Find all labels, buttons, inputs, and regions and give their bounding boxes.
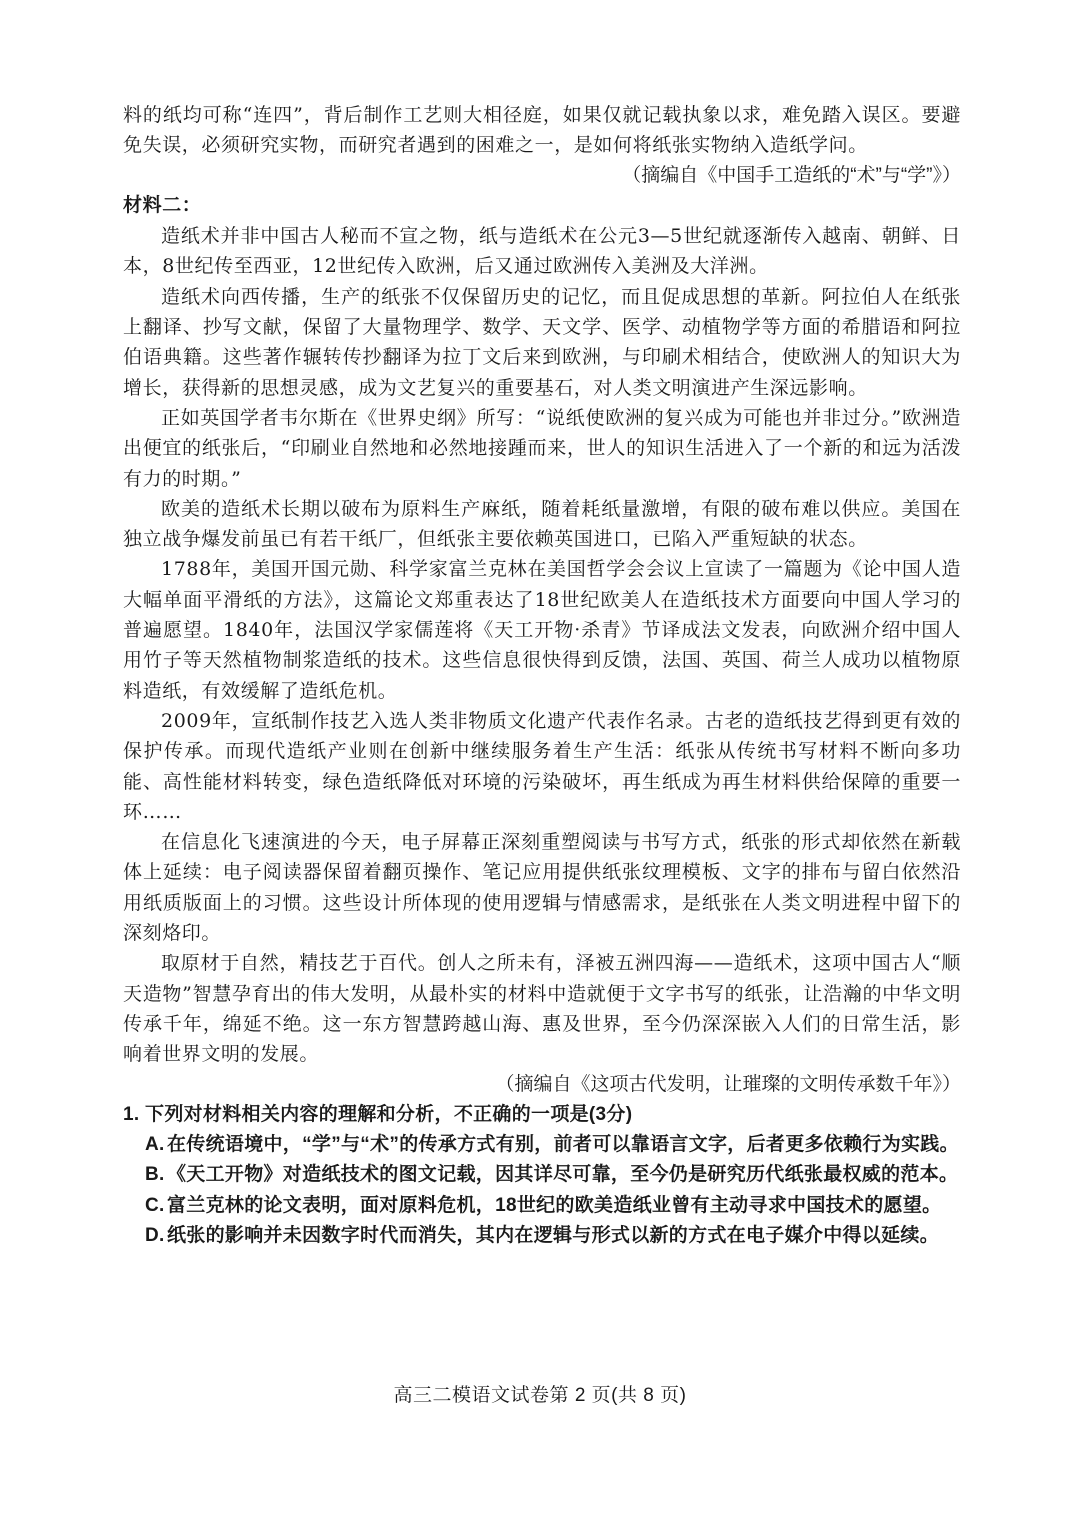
option-key: D. (145, 1221, 167, 1251)
question-1-option-b: B. 《天工开物》对造纸技术的图文记载，因其详尽可靠，至今仍是研究历代纸张最权威… (145, 1160, 961, 1190)
material-two-paragraph: 在信息化飞速演进的今天，电子屏幕正深刻重塑阅读与书写方式，纸张的形式却依然在新载… (123, 827, 961, 948)
option-text: 富兰克林的论文表明，面对原料危机，18世纪的欧美造纸业曾有主动寻求中国技术的愿望… (167, 1191, 961, 1221)
option-key: B. (145, 1160, 167, 1190)
option-text: 纸张的影响并未因数字时代而消失，其内在逻辑与形式以新的方式在电子媒介中得以延续。 (167, 1221, 961, 1251)
material-two-paragraph: 欧美的造纸术长期以破布为原料生产麻纸，随着耗纸量激增，有限的破布难以供应。美国在… (123, 494, 961, 555)
option-key: A. (145, 1130, 167, 1160)
material-two-paragraph: 正如英国学者韦尔斯在《世界史纲》所写：“说纸使欧洲的复兴成为可能也并非过分。”欧… (123, 403, 961, 494)
option-text: 在传统语境中，“学”与“术”的传承方式有别，前者可以靠语言文字，后者更多依赖行为… (167, 1130, 961, 1160)
question-1-option-d: D. 纸张的影响并未因数字时代而消失，其内在逻辑与形式以新的方式在电子媒介中得以… (145, 1221, 961, 1251)
material-one-tail-paragraph: 料的纸均可称“连四”，背后制作工艺则大相径庭，如果仅就记载执象以求，难免踏入误区… (123, 100, 961, 161)
page-footer: 高三二模语文试卷第 2 页(共 8 页) (0, 1380, 1080, 1407)
material-two-source: （摘编自《这项古代发明，让璀璨的文明传承数千年》） (123, 1070, 961, 1100)
material-two-paragraph: 造纸术并非中国古人秘而不宣之物，纸与造纸术在公元3—5世纪就逐渐传入越南、朝鲜、… (123, 221, 961, 282)
material-two-paragraph: 取原材于自然，精技艺于百代。创人之所未有，泽被五洲四海——造纸术，这项中国古人“… (123, 948, 961, 1069)
question-1-stem: 1. 下列对材料相关内容的理解和分析，不正确的一项是(3分) (123, 1100, 961, 1130)
material-two-paragraph: 2009年，宣纸制作技艺入选人类非物质文化遗产代表作名录。古老的造纸技艺得到更有… (123, 706, 961, 827)
exam-page: 料的纸均可称“连四”，背后制作工艺则大相径庭，如果仅就记载执象以求，难免踏入误区… (123, 100, 961, 1251)
question-1-option-c: C. 富兰克林的论文表明，面对原料危机，18世纪的欧美造纸业曾有主动寻求中国技术… (145, 1191, 961, 1221)
question-1-options: A. 在传统语境中，“学”与“术”的传承方式有别，前者可以靠语言文字，后者更多依… (123, 1130, 961, 1251)
option-text: 《天工开物》对造纸技术的图文记载，因其详尽可靠，至今仍是研究历代纸张最权威的范本… (167, 1160, 961, 1190)
material-two-paragraph: 1788年，美国开国元勋、科学家富兰克林在美国哲学会会议上宣读了一篇题为《论中国… (123, 554, 961, 705)
material-one-source: （摘编自《中国手工造纸的“术”与“学”》） (123, 161, 961, 191)
option-key: C. (145, 1191, 167, 1221)
question-1-option-a: A. 在传统语境中，“学”与“术”的传承方式有别，前者可以靠语言文字，后者更多依… (145, 1130, 961, 1160)
material-two-paragraph: 造纸术向西传播，生产的纸张不仅保留历史的记忆，而且促成思想的革新。阿拉伯人在纸张… (123, 282, 961, 403)
material-two-heading: 材料二： (123, 191, 961, 221)
